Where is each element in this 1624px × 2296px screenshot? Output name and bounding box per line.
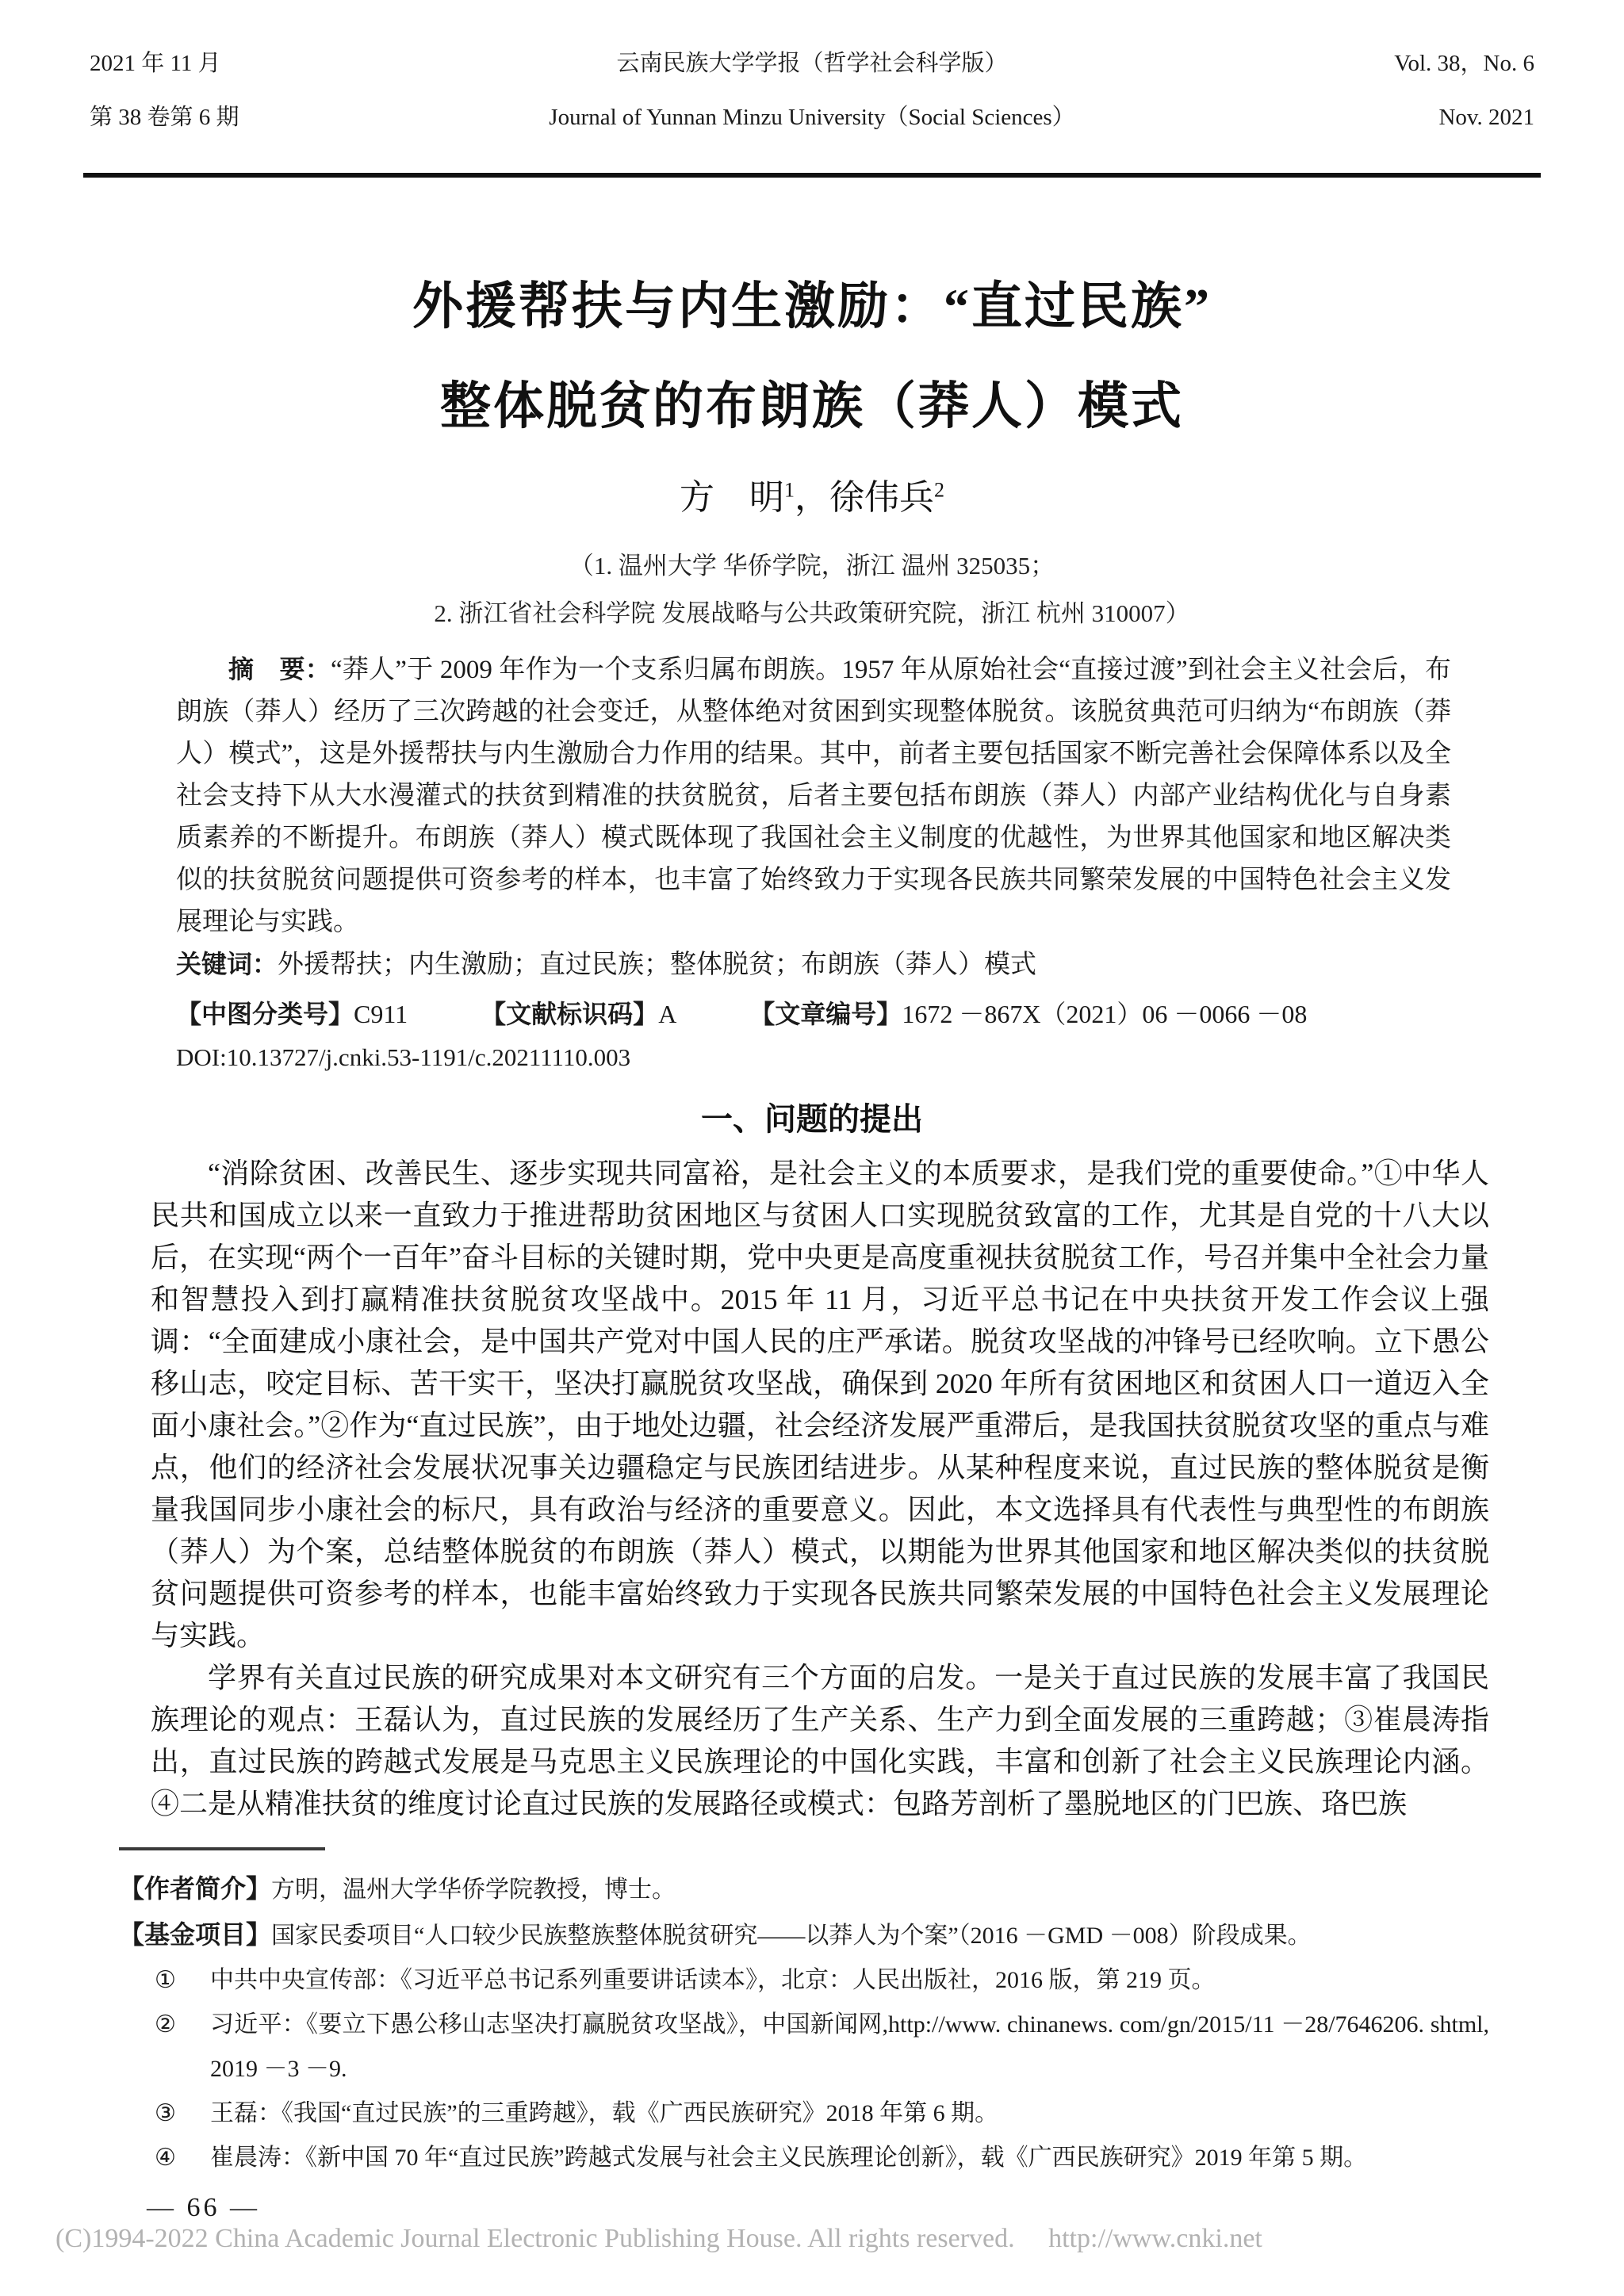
footnote-item: ③ 王磊：《我国“直过民族”的三重跨越》，载《广西民族研究》2018 年第 6 … bbox=[155, 2091, 1489, 2136]
author-separator: ， bbox=[795, 478, 829, 517]
keywords-text: 外援帮扶；内生激励；直过民族；整体脱贫；布朗族（莽人）模式 bbox=[278, 951, 1036, 979]
abstract: 摘 要：“莽人”于 2009 年作为一个支系归属布朗族。1957 年从原始社会“… bbox=[176, 649, 1451, 943]
keywords: 关键词：外援帮扶；内生激励；直过民族；整体脱贫；布朗族（莽人）模式 bbox=[176, 943, 1451, 986]
front-matter: 摘 要：“莽人”于 2009 年作为一个支系归属布朗族。1957 年从原始社会“… bbox=[176, 649, 1451, 1078]
author-2-affiliation-sup: 2 bbox=[934, 478, 944, 501]
footnote-separator-rule bbox=[119, 1847, 325, 1850]
footnote-marker: ② bbox=[155, 2003, 210, 2091]
author-1-name: 方 明 bbox=[680, 478, 784, 517]
body-paragraph: 学界有关直过民族的研究成果对本文研究有三个方面的启发。一是关于直过民族的发展丰富… bbox=[151, 1657, 1489, 1825]
running-head: 2021 年 11 月 云南民族大学学报（哲学社会科学版） Vol. 38，No… bbox=[0, 48, 1624, 133]
footnote-item: ① 中共中央宣传部：《习近平总书记系列重要讲话读本》，北京：人民出版社，2016… bbox=[155, 1958, 1489, 2003]
footnote-text: 崔晨涛：《新中国 70 年“直过民族”跨越式发展与社会主义民族理论创新》，载《广… bbox=[210, 2136, 1489, 2180]
footnote-item: ④ 崔晨涛：《新中国 70 年“直过民族”跨越式发展与社会主义民族理论创新》，载… bbox=[155, 2136, 1489, 2180]
affiliations: （1. 温州大学 华侨学院，浙江 温州 325035； 2. 浙江省社会科学院 … bbox=[0, 542, 1624, 637]
author-bio-note: 【作者简介】方明，温州大学华侨学院教授，博士。 bbox=[119, 1866, 1489, 1912]
author-line: 方 明1，徐伟兵2 bbox=[0, 474, 1624, 522]
footnote-marker: ① bbox=[155, 1958, 210, 2003]
article-title-line1: 外援帮扶与内生激励：“直过民族” bbox=[0, 257, 1624, 357]
affiliation-line2: 2. 浙江省社会科学院 发展战略与公共政策研究院，浙江 杭州 310007） bbox=[0, 590, 1624, 637]
doi: DOI:10.13727/j.cnki.53-1191/c.20211110.0… bbox=[176, 1037, 1451, 1078]
funding-text: 国家民委项目“人口较少民族整族整体脱贫研究——以莽人为个案”（2016 －GMD… bbox=[271, 1923, 1312, 1949]
footnote-item: ② 习近平：《要立下愚公移山志坚决打赢脱贫攻坚战》，中国新闻网,http://w… bbox=[155, 2003, 1489, 2091]
header-volume-issue: 第 38 卷第 6 期 bbox=[90, 101, 375, 133]
article-title: 外援帮扶与内生激励：“直过民族” 整体脱贫的布朗族（莽人）模式 bbox=[0, 257, 1624, 457]
header-divider-rule bbox=[83, 173, 1541, 178]
article-title-line2: 整体脱贫的布朗族（莽人）模式 bbox=[0, 357, 1624, 457]
clc-number-label: 【中图分类号】 bbox=[176, 999, 354, 1029]
footnote-text: 习近平：《要立下愚公移山志坚决打赢脱贫攻坚战》，中国新闻网,http://www… bbox=[210, 2003, 1489, 2091]
header-issue-date: 2021 年 11 月 bbox=[90, 48, 375, 79]
journal-title-cn: 云南民族大学学报（哲学社会科学版） bbox=[375, 48, 1249, 79]
clc-number-value: C911 bbox=[354, 1000, 408, 1028]
funding-label: 【基金项目】 bbox=[119, 1919, 271, 1950]
document-code-label: 【文献标识码】 bbox=[481, 999, 658, 1029]
journal-title-en: Journal of Yunnan Minzu University（Socia… bbox=[375, 101, 1249, 133]
abstract-label: 摘 要： bbox=[228, 654, 331, 684]
author-2-name: 徐伟兵 bbox=[829, 478, 934, 517]
document-code-value: A bbox=[658, 1000, 676, 1028]
clc-line: 【中图分类号】C911【文献标识码】A【文章编号】1672 －867X（2021… bbox=[176, 993, 1451, 1035]
footnotes: 【作者简介】方明，温州大学华侨学院教授，博士。 【基金项目】国家民委项目“人口较… bbox=[119, 1866, 1489, 2180]
section-heading: 一、问题的提出 bbox=[0, 1097, 1624, 1142]
cnki-watermark: (C)1994-2022 China Academic Journal Elec… bbox=[56, 2216, 1262, 2255]
header-month-year: Nov. 2021 bbox=[1249, 101, 1534, 133]
footnote-marker: ④ bbox=[155, 2136, 210, 2180]
affiliation-line1: （1. 温州大学 华侨学院，浙江 温州 325035； bbox=[0, 542, 1624, 590]
footnote-text: 王磊：《我国“直过民族”的三重跨越》，载《广西民族研究》2018 年第 6 期。 bbox=[210, 2091, 1489, 2136]
author-bio-text: 方明，温州大学华侨学院教授，博士。 bbox=[271, 1877, 676, 1903]
keywords-label: 关键词： bbox=[176, 949, 278, 979]
article-id-value: 1672 －867X（2021）06 －0066 －08 bbox=[902, 1000, 1307, 1028]
funding-note: 【基金项目】国家民委项目“人口较少民族整族整体脱贫研究——以莽人为个案”（201… bbox=[119, 1912, 1489, 1958]
footnote-text: 中共中央宣传部：《习近平总书记系列重要讲话读本》，北京：人民出版社，2016 版… bbox=[210, 1958, 1489, 2003]
footnote-marker: ③ bbox=[155, 2091, 210, 2136]
abstract-text: “莽人”于 2009 年作为一个支系归属布朗族。1957 年从原始社会“直接过渡… bbox=[176, 656, 1451, 936]
article-id-label: 【文章编号】 bbox=[749, 999, 902, 1029]
author-1-affiliation-sup: 1 bbox=[784, 478, 795, 501]
article-body: “消除贫困、改善民生、逐步实现共同富裕，是社会主义的本质要求，是我们党的重要使命… bbox=[151, 1153, 1489, 1825]
header-volume-number: Vol. 38，No. 6 bbox=[1249, 48, 1534, 79]
journal-page: 2021 年 11 月 云南民族大学学报（哲学社会科学版） Vol. 38，No… bbox=[0, 0, 1624, 2296]
author-bio-label: 【作者简介】 bbox=[119, 1873, 271, 1904]
body-paragraph: “消除贫困、改善民生、逐步实现共同富裕，是社会主义的本质要求，是我们党的重要使命… bbox=[151, 1153, 1489, 1657]
